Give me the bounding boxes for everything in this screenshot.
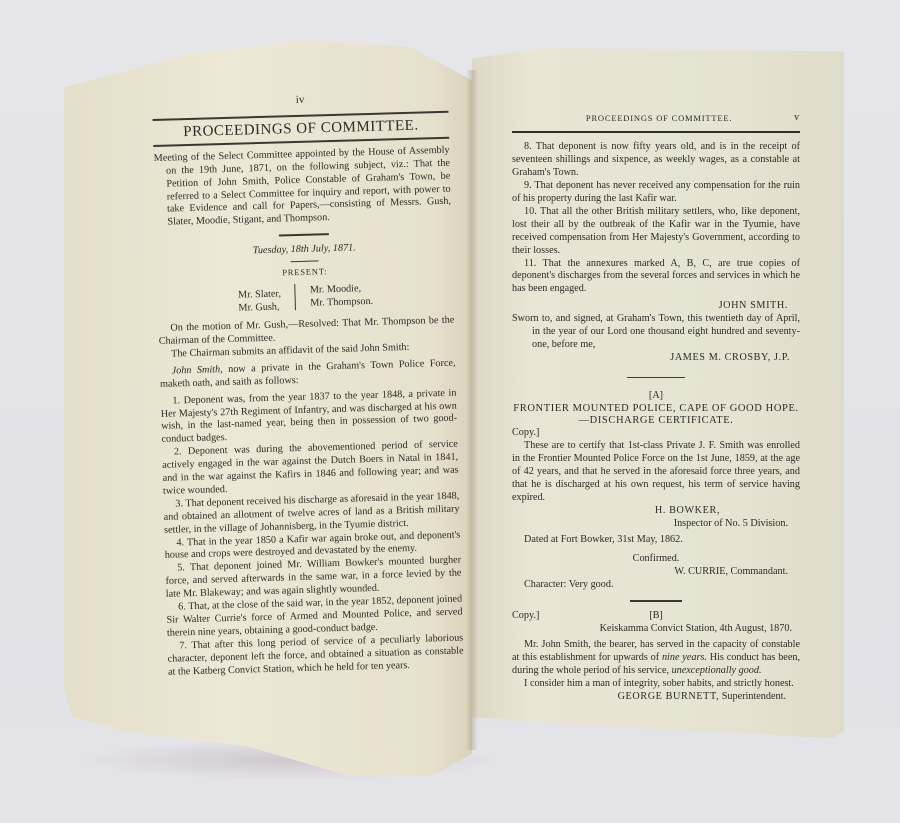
- section-divider: [627, 377, 685, 379]
- annex-b-place-date: Keiskamma Convict Station, 4th August, 1…: [512, 623, 800, 636]
- deponent-signature: JOHN SMITH.: [512, 300, 800, 313]
- annex-a-label: [A]: [512, 390, 800, 403]
- running-head-title: PROCEEDINGS OF COMMITTEE.: [586, 112, 732, 125]
- annex-b-signature: GEORGE BURNETT, Superintendent.: [512, 691, 800, 704]
- annex-a-confirmer: W. CURRIE, Commandant.: [512, 566, 800, 579]
- affidavit-item: 2. Deponent was during the abovementione…: [162, 439, 459, 499]
- affidavit-item: 8. That deponent is now fifty years old,…: [512, 141, 800, 180]
- right-page-content: PROCEEDINGS OF COMMITTEE. v 8. That depo…: [512, 112, 800, 704]
- annex-b-copy: Copy.]: [512, 610, 572, 623]
- affidavit-item: 7. That after this long period of servic…: [167, 632, 464, 679]
- date-divider: [291, 260, 319, 262]
- section-divider: [630, 600, 682, 602]
- member-separator: [295, 284, 297, 310]
- sworn-statement: Sworn to, and signed, at Graham's Town, …: [512, 313, 800, 352]
- member-name: Mr. Thompson.: [310, 295, 373, 310]
- annex-a-signer-title: Inspector of No. 5 Division.: [512, 518, 800, 531]
- left-page-content: iv PROCEEDINGS OF COMMITTEE. Meeting of …: [152, 90, 464, 680]
- annex-a-body: These are to certify that 1st-class Priv…: [512, 440, 800, 505]
- book-gutter: [466, 70, 478, 750]
- annex-b-header: Copy.] [B]: [512, 610, 800, 623]
- meeting-intro: Meeting of the Select Committee appointe…: [154, 145, 452, 231]
- running-head: PROCEEDINGS OF COMMITTEE. v: [512, 112, 800, 125]
- annex-a-character: Character: Very good.: [512, 579, 800, 592]
- header-rule: [512, 131, 800, 134]
- annex-a-heading: FRONTIER MOUNTED POLICE, CAPE OF GOOD HO…: [512, 403, 800, 427]
- right-page-number: v: [794, 112, 800, 125]
- annex-b-body: Mr. John Smith, the bearer, has served i…: [512, 639, 800, 678]
- annex-b-label: [B]: [572, 610, 800, 623]
- meeting-date: Tuesday, 18th July, 1871.: [156, 239, 452, 260]
- annex-a-copy: Copy.]: [512, 427, 800, 440]
- affidavit-item: 11. That the annexures marked A, B, C, a…: [512, 258, 800, 297]
- section-divider: [279, 233, 329, 236]
- annex-a-signer: H. BOWKER,: [512, 505, 800, 518]
- title-block: PROCEEDINGS OF COMMITTEE.: [153, 111, 450, 147]
- present-right-column: Mr. Moodie, Mr. Thompson.: [310, 282, 374, 310]
- present-members: Mr. Slater, Mr. Gush, Mr. Moodie, Mr. Th…: [157, 277, 454, 317]
- annex-a-dated: Dated at Fort Bowker, 31st May, 1862.: [512, 534, 800, 547]
- jp-signature: JAMES M. CROSBY, J.P.: [512, 352, 800, 365]
- annex-b-opinion: I consider him a man of integrity, sober…: [512, 678, 800, 691]
- oath-name: John Smith,: [171, 364, 222, 376]
- member-name: Mr. Gush,: [238, 301, 281, 315]
- annex-a-confirmed: Confirmed.: [512, 553, 800, 566]
- affidavit-item: 9. That deponent has never received any …: [512, 180, 800, 206]
- affidavit-item: 1. Deponent was, from the year 1837 to t…: [160, 387, 457, 447]
- affidavit-item: 10. That all the other British military …: [512, 206, 800, 258]
- oath-statement: John Smith, now a private in the Graham'…: [159, 357, 456, 391]
- member-name: Mr. Slater,: [238, 288, 281, 302]
- present-left-column: Mr. Slater, Mr. Gush,: [238, 282, 282, 315]
